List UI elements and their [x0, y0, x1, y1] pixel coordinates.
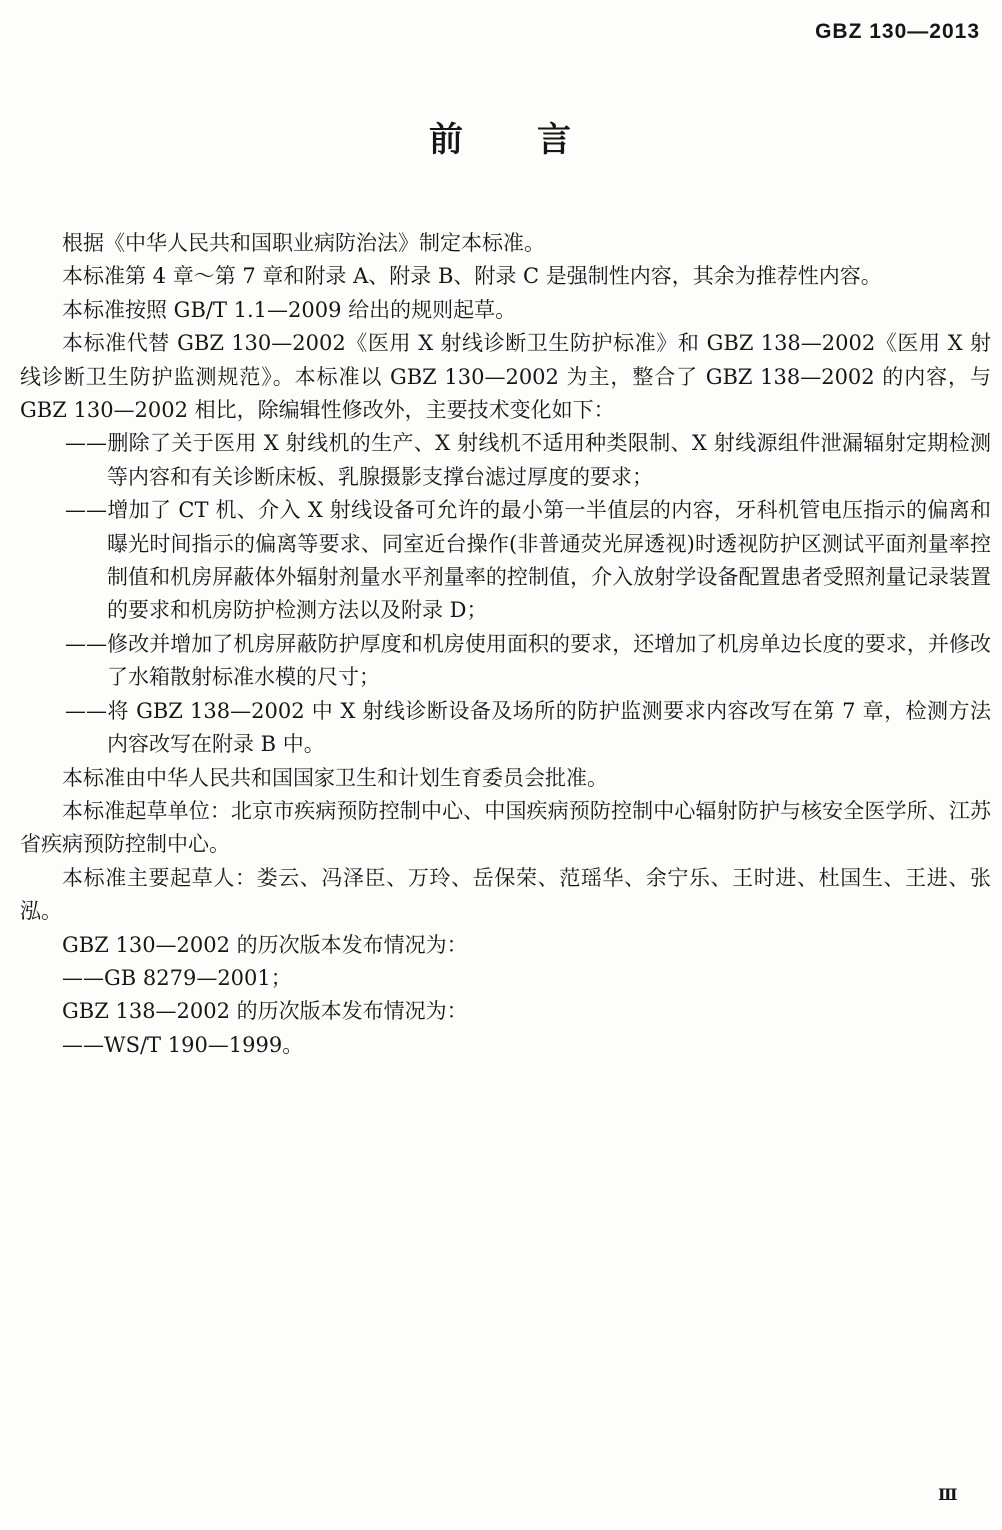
paragraph-history-gbz130: GBZ 130—2002 的历次版本发布情况为：: [20, 929, 991, 962]
document-page: GBZ 130—2013 前 言 根据《中华人民共和国职业病防治法》制定本标准。…: [0, 0, 1002, 1530]
paragraph-mandatory-scope: 本标准第 4 章～第 7 章和附录 A、附录 B、附录 C 是强制性内容，其余为…: [20, 260, 991, 293]
page-title: 前 言: [0, 118, 1002, 162]
paragraph-history-gbz138: GBZ 138—2002 的历次版本发布情况为：: [20, 995, 991, 1028]
paragraph-drafters: 本标准主要起草人：娄云、冯泽臣、万玲、岳保荣、范瑶华、余宁乐、王时进、杜国生、王…: [20, 862, 991, 929]
paragraph-approval: 本标准由中华人民共和国国家卫生和计划生育委员会批准。: [20, 762, 991, 795]
change-item-deleted: ——删除了关于医用 X 射线机的生产、X 射线机不适用种类限制、X 射线源组件泄…: [20, 427, 991, 494]
history-item-wst190: ——WS/T 190—1999。: [20, 1029, 991, 1062]
page-number: Ⅲ: [938, 1485, 957, 1504]
paragraph-drafting-units: 本标准起草单位：北京市疾病预防控制中心、中国疾病预防控制中心辐射防护与核安全医学…: [20, 795, 991, 862]
change-item-rewritten: ——将 GBZ 138—2002 中 X 射线诊断设备及场所的防护监测要求内容改…: [20, 695, 991, 762]
paragraph-basis: 根据《中华人民共和国职业病防治法》制定本标准。: [20, 227, 991, 260]
foreword-body: 根据《中华人民共和国职业病防治法》制定本标准。 本标准第 4 章～第 7 章和附…: [20, 227, 991, 1062]
paragraph-drafting-rule: 本标准按照 GB/T 1.1—2009 给出的规则起草。: [20, 294, 991, 327]
standard-code: GBZ 130—2013: [815, 20, 980, 44]
change-item-added: ——增加了 CT 机、介入 X 射线设备可允许的最小第一半值层的内容，牙科机管电…: [20, 494, 991, 628]
history-item-gb8279: ——GB 8279—2001；: [20, 962, 991, 995]
paragraph-replacement: 本标准代替 GBZ 130—2002《医用 X 射线诊断卫生防护标准》和 GBZ…: [20, 327, 991, 427]
change-item-modified: ——修改并增加了机房屏蔽防护厚度和机房使用面积的要求，还增加了机房单边长度的要求…: [20, 628, 991, 695]
